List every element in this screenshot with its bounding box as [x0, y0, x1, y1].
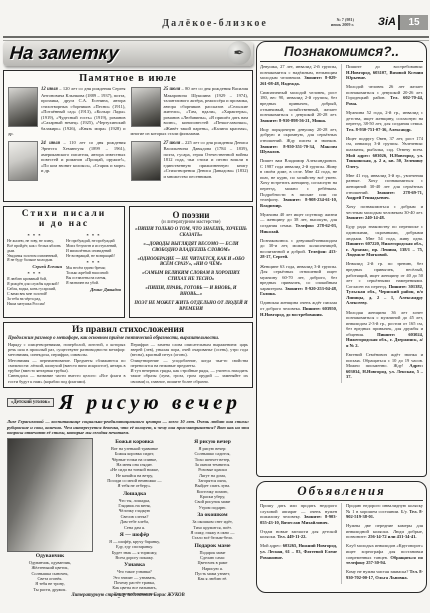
children-poems-col2: Божья коровка Вот на узенькой травинке Б…: [98, 438, 171, 598]
poetry-quote: Поэт не может жить отдельно от людей и в…: [134, 301, 248, 313]
classified-ad: Нужны две передние камеры для инвалидной…: [346, 523, 423, 540]
children-corner-section: «Детский уголок» Я рисую вечер Лизе Гера…: [3, 392, 253, 598]
memorable-item: 12 июля – 120 лет со дня рождения Сергея…: [8, 86, 126, 137]
versification-rules-box: Из правил стихосложения Продолжим разгов…: [3, 322, 253, 388]
child-poem-title: За окошком: [176, 512, 249, 518]
poetry-quote: «Самым великим словам в хороших стихах н…: [134, 271, 248, 283]
personal-ad: Молодая женщина 36 лет хочет познакомить…: [346, 310, 423, 349]
personal-ad: Девушка, 27 лет, инвалид 2-й группы, поз…: [260, 64, 337, 86]
poetry-quote: «Пиши только о том, что знаешь, хочешь с…: [134, 227, 248, 239]
ad-contact: Тел. 449-11-22.: [277, 534, 306, 539]
masthead: Далёкое-близкое № 7 (981) июнь 2009 г. З…: [0, 14, 430, 36]
child-poem: Одуванчик Одуванчик, одуванчик, Жёлтеньк…: [7, 553, 93, 592]
poem-stanza: * * * Не пробуждай, не пробуждай Моих бе…: [66, 233, 121, 259]
poems-before-title: Стихи писали и до нас: [7, 210, 121, 230]
classifieds-box: Объявления Прошу дать или продать недоро…: [256, 481, 427, 593]
child-poem: Я — шофёр Я — шофёр, кручу баранку, Еду,…: [98, 532, 171, 560]
ad-text: Пишет вам Владимир Александрович. С 1987…: [260, 158, 337, 202]
classifieds-column-1: Прошу дать или продать недорого слуховой…: [260, 503, 337, 584]
rules-lead: Продолжим разговор о метафоре, как основ…: [8, 336, 248, 341]
stanza-lines: Я люблю кровавый бой, Я рождён для служб…: [7, 277, 62, 306]
ad-contact: 256-14-72 или 431-34-41.: [368, 534, 417, 539]
ad-contact: Тел. 8-930-751-07-36, Александр.: [346, 127, 412, 132]
about-poetry-box: О поэзии (и литературном мастерстве) «Пи…: [129, 206, 253, 318]
personals-box: Познакомимся?.. Девушка, 27 лет, инвалид…: [256, 41, 427, 477]
personals-title: Познакомимся?..: [260, 43, 423, 62]
ad-text: Симпатичный молодой человек, рост 180, в…: [260, 90, 337, 117]
stanza-separator: * * *: [66, 260, 121, 265]
stanza-lines: Мы несём едино бремя; Только жребий наш …: [66, 266, 121, 286]
classified-ad: Мой адрес: 603265, Нижний Новгород, ул. …: [260, 543, 337, 560]
newspaper-logo: ЗіА: [378, 16, 396, 28]
classifieds-title: Объявления: [260, 483, 423, 501]
memorable-dates-box: Памятное в июле 12 июля – 120 лет со дня…: [3, 70, 253, 202]
personal-ad: Мужчина 52 года, 2-й гр., инвалид с детс…: [346, 110, 423, 132]
ad-text: Мужчина 52 года, 2-й гр., инвалид с детс…: [346, 110, 423, 126]
personal-ad: Инвалид 2-й гр. по зрению, без вредных п…: [346, 261, 423, 306]
page-credit: Литературную страницу подготовил Борис Ж…: [3, 593, 253, 598]
about-poetry-subtitle: (и литературном мастерстве): [134, 220, 248, 225]
children-corner-tag: «Детский уголок»: [7, 398, 54, 407]
portrait-shukshin-photo: [131, 87, 161, 127]
personal-ad: Познакомлюсь с девушкой-инвалидом до 30-…: [260, 238, 337, 260]
personal-ad: Ищу порядочную девушку 20-28 лет, добрую…: [260, 127, 337, 155]
personal-ad: Пишет вам Владимир Александрович. С 1987…: [260, 158, 337, 208]
child-poem: Я рисую вечер Я рисую вечер: Солнышко са…: [176, 439, 249, 510]
ad-text: Ищу порядочную девушку 20-28 лет, добрую…: [260, 127, 337, 143]
ad-contact: Пишите: 607220, Нижегородская обл., г. А…: [346, 241, 423, 257]
poem-stanza: * * * Не жалею, не зову, не плачу, Всё п…: [7, 233, 62, 269]
child-poem: Божья коровка Вот на узенькой травинке Б…: [98, 439, 171, 489]
child-poem-lines: За окошком снег идёт, Тихо кружится, поё…: [176, 519, 249, 540]
child-poem-lines: Что ты, лошадка, Глядишь на меня, Чёлочк…: [98, 498, 171, 530]
rules-column-2: Перифраз — замена слова описательным выр…: [131, 342, 249, 384]
stanza-signature: Сергей Есенин: [7, 264, 62, 269]
child-poem-lines: Я рисую вечер: Солнышко садится, Тихо ше…: [176, 446, 249, 510]
portrait-davydov-photo: [131, 141, 161, 181]
masthead-section-title: Далёкое-близкое: [0, 18, 430, 29]
personal-ad: Евгений Семёнович ждёт звонка и письма. …: [346, 352, 423, 380]
classified-ad: Продаю недорого инвалидную коляску № 1 в…: [346, 503, 423, 520]
classified-ad: Прошу дать или продать недорого слуховой…: [260, 503, 337, 525]
memorable-text: – 225 лет со дня рождения Дениса Василье…: [164, 140, 249, 179]
child-poem-lines: Я — шофёр, кручу баранку, Еду, еду споза…: [98, 539, 171, 560]
child-poem-title: Я — шофёр: [98, 532, 171, 538]
child-poem: Подарок маме Подарок маме Сделаю сама: Ц…: [176, 543, 249, 582]
newspaper-page: Далёкое-близкое № 7 (981) июнь 2009 г. З…: [0, 0, 430, 613]
ad-contact: Звоните: 240-14-48.: [346, 215, 385, 220]
stanza-signature: Денис Давыдов: [66, 287, 121, 292]
poem-stanza: * * * Я люблю кровавый бой, Я рождён для…: [7, 271, 62, 306]
memorable-date: 27 июля: [164, 141, 181, 146]
poems-before-col1: * * * Не жалею, не зову, не плачу, Всё п…: [7, 232, 62, 309]
ad-text: Ищет подругу Овен, 37 лет, рост 174 см, …: [346, 136, 423, 152]
ad-text: Мой адрес:: [260, 543, 282, 548]
children-headline: Я рисую вечер: [59, 392, 241, 415]
personals-column-2: Пишите до востребования: Н.Новгород, 603…: [341, 64, 423, 383]
girl-at-window-photo: [7, 438, 93, 552]
personal-ad: Мне 41 год, инвалид 3-й гр., увлечения р…: [346, 173, 423, 201]
stanza-separator: * * *: [7, 271, 62, 276]
child-poem-title: Лошадка: [98, 491, 171, 497]
ad-text: Хочу познакомиться с добрым и честным мо…: [346, 204, 423, 215]
memorable-column-2: 25 июля – 80 лет со дня рождения Василия…: [131, 86, 249, 182]
memorable-date: 25 июля: [164, 87, 181, 92]
stanza-separator: * * *: [66, 233, 121, 238]
classified-ad: Отдам новые запчасти для детской коляски…: [260, 529, 337, 540]
classified-ad: Кому не нужна чистая закваска? Тел. 8-93…: [346, 569, 423, 580]
ad-text: Пишите до востребования:: [346, 64, 423, 69]
personal-ad: Женщине 63 года, инвалид 3-й группы. Для…: [260, 264, 337, 297]
classified-ad: Клуб молодых инвалидов «Круговорот» ищет…: [346, 543, 423, 565]
memorable-item: 25 июля – 80 лет со дня рождения Василия…: [131, 86, 249, 137]
ad-contact: Мой адрес: 603026, Н.Новгород, ул. Тонки…: [346, 153, 423, 169]
memorable-date: 12 июля: [41, 87, 58, 92]
about-poetry-quotes: «Пиши только о том, что знаешь, хочешь с…: [134, 227, 248, 313]
about-poetry-title: О поэзии: [134, 210, 248, 220]
portrait-klychkov-photo: [8, 87, 38, 127]
child-poem-title: Подарок маме: [176, 543, 249, 549]
child-poem-title: Одуванчик: [7, 553, 93, 559]
ad-contact: Звоните: 8-910-898-56-21, Миша.: [260, 118, 326, 123]
children-poems-col3: Я рисую вечер Я рисую вечер: Солнышко са…: [176, 438, 249, 598]
child-poem-title: Божья коровка: [98, 439, 171, 445]
child-poem-lines: Одуванчик, одуванчик, Жёлтенький цветок,…: [7, 560, 93, 592]
rules-title: Из правил стихосложения: [8, 325, 248, 335]
child-poem-title: Узнавка: [98, 562, 171, 568]
poetry-quote: «...Доводы выглядят весомо — если свобод…: [134, 242, 248, 254]
memorable-title: Памятное в июле: [8, 73, 248, 84]
ad-text: Буду рада знакомству по переписке с один…: [346, 224, 423, 240]
child-poem-lines: Подарок маме Сделаю сама: Цветочек в рам…: [176, 550, 249, 582]
child-poem-lines: Вот на узенькой травинке Божья коровка с…: [98, 446, 171, 489]
personal-ad: Мужчина 40 лет ищет спутницу жизни — жен…: [260, 212, 337, 234]
memorable-item: 24 июля – 110 лет со дня рождения Эрнест…: [8, 140, 126, 174]
ad-contact: Звоните: 8-950-351-70-34, Максим Шувалов…: [260, 144, 337, 155]
section-banner: На заметку стихотворцу ✒: [3, 41, 253, 66]
children-poems-col1: Одуванчик Одуванчик, одуванчик, Жёлтеньк…: [7, 553, 93, 592]
personal-ad: Одинокая женщина очень ждёт письма от до…: [260, 300, 337, 317]
portrait-hemingway-photo: [8, 141, 38, 181]
personal-ad: Симпатичный молодой человек, рост 180, в…: [260, 90, 337, 123]
personals-column-1: Девушка, 27 лет, инвалид 2-й группы, поз…: [260, 64, 337, 383]
child-poem: Лошадка Что ты, лошадка, Глядишь на меня…: [98, 491, 171, 530]
child-poem: За окошком За окошком снег идёт, Тихо кр…: [176, 512, 249, 540]
poetry-quote: «Однообразие — не читается, как и «обо в…: [134, 257, 248, 269]
issue-info: № 7 (981) июнь 2009 г.: [294, 17, 354, 28]
poems-before-box: Стихи писали и до нас * * * Не жалею, не…: [3, 206, 125, 318]
page-number: 15: [398, 15, 428, 30]
rules-column-1: Наряду с олицетворениями, гиперболой, ли…: [8, 342, 126, 384]
personal-ad: Ищет подругу Овен, 37 лет, рост 174 см, …: [346, 136, 423, 169]
stanza-separator: * * *: [7, 233, 62, 238]
memorable-date: 24 июля: [41, 141, 60, 146]
ad-text: Кому не нужна чистая закваска?: [346, 569, 408, 574]
poetry-quote: «Пиши, правь, готовь — и вновь, и вновь.…: [134, 286, 248, 298]
classifieds-column-2: Продаю недорого инвалидную коляску № 1 в…: [341, 503, 423, 584]
poem-stanza: * * * Мы несём едино бремя; Только жреби…: [66, 260, 121, 292]
personal-ad: Буду рада знакомству по переписке с один…: [346, 224, 423, 257]
personal-ad: Хочу познакомиться с добрым и честным мо…: [346, 204, 423, 221]
child-poem-title: Я рисую вечер: [176, 439, 249, 445]
children-column-photo: Одуванчик Одуванчик, одуванчик, Жёлтеньк…: [7, 438, 93, 598]
personal-ad: Пишите до востребования: Н.Новгород, 603…: [346, 64, 423, 81]
quill-icon: ✒: [227, 41, 251, 65]
personal-ad: Молодой человек 26 лет желает познакомит…: [346, 84, 423, 106]
memorable-item: 27 июля – 225 лет со дня рождения Дениса…: [131, 140, 249, 180]
stanza-lines: Не жалею, не зову, не плачу, Всё пройдёт…: [7, 239, 62, 263]
stanza-lines: Не пробуждай, не пробуждай Моих безумств…: [66, 239, 121, 259]
children-intro: Лизе Герасимовой — воспитаннице социальн…: [7, 419, 249, 436]
ad-contact: Н.Новгород, 603107, Вязовой Ксении Юрьев…: [346, 70, 423, 81]
memorable-column-1: 12 июля – 120 лет со дня рождения Сергея…: [8, 86, 126, 182]
poems-before-col2: * * * Не пробуждай, не пробуждай Моих бе…: [66, 232, 121, 309]
